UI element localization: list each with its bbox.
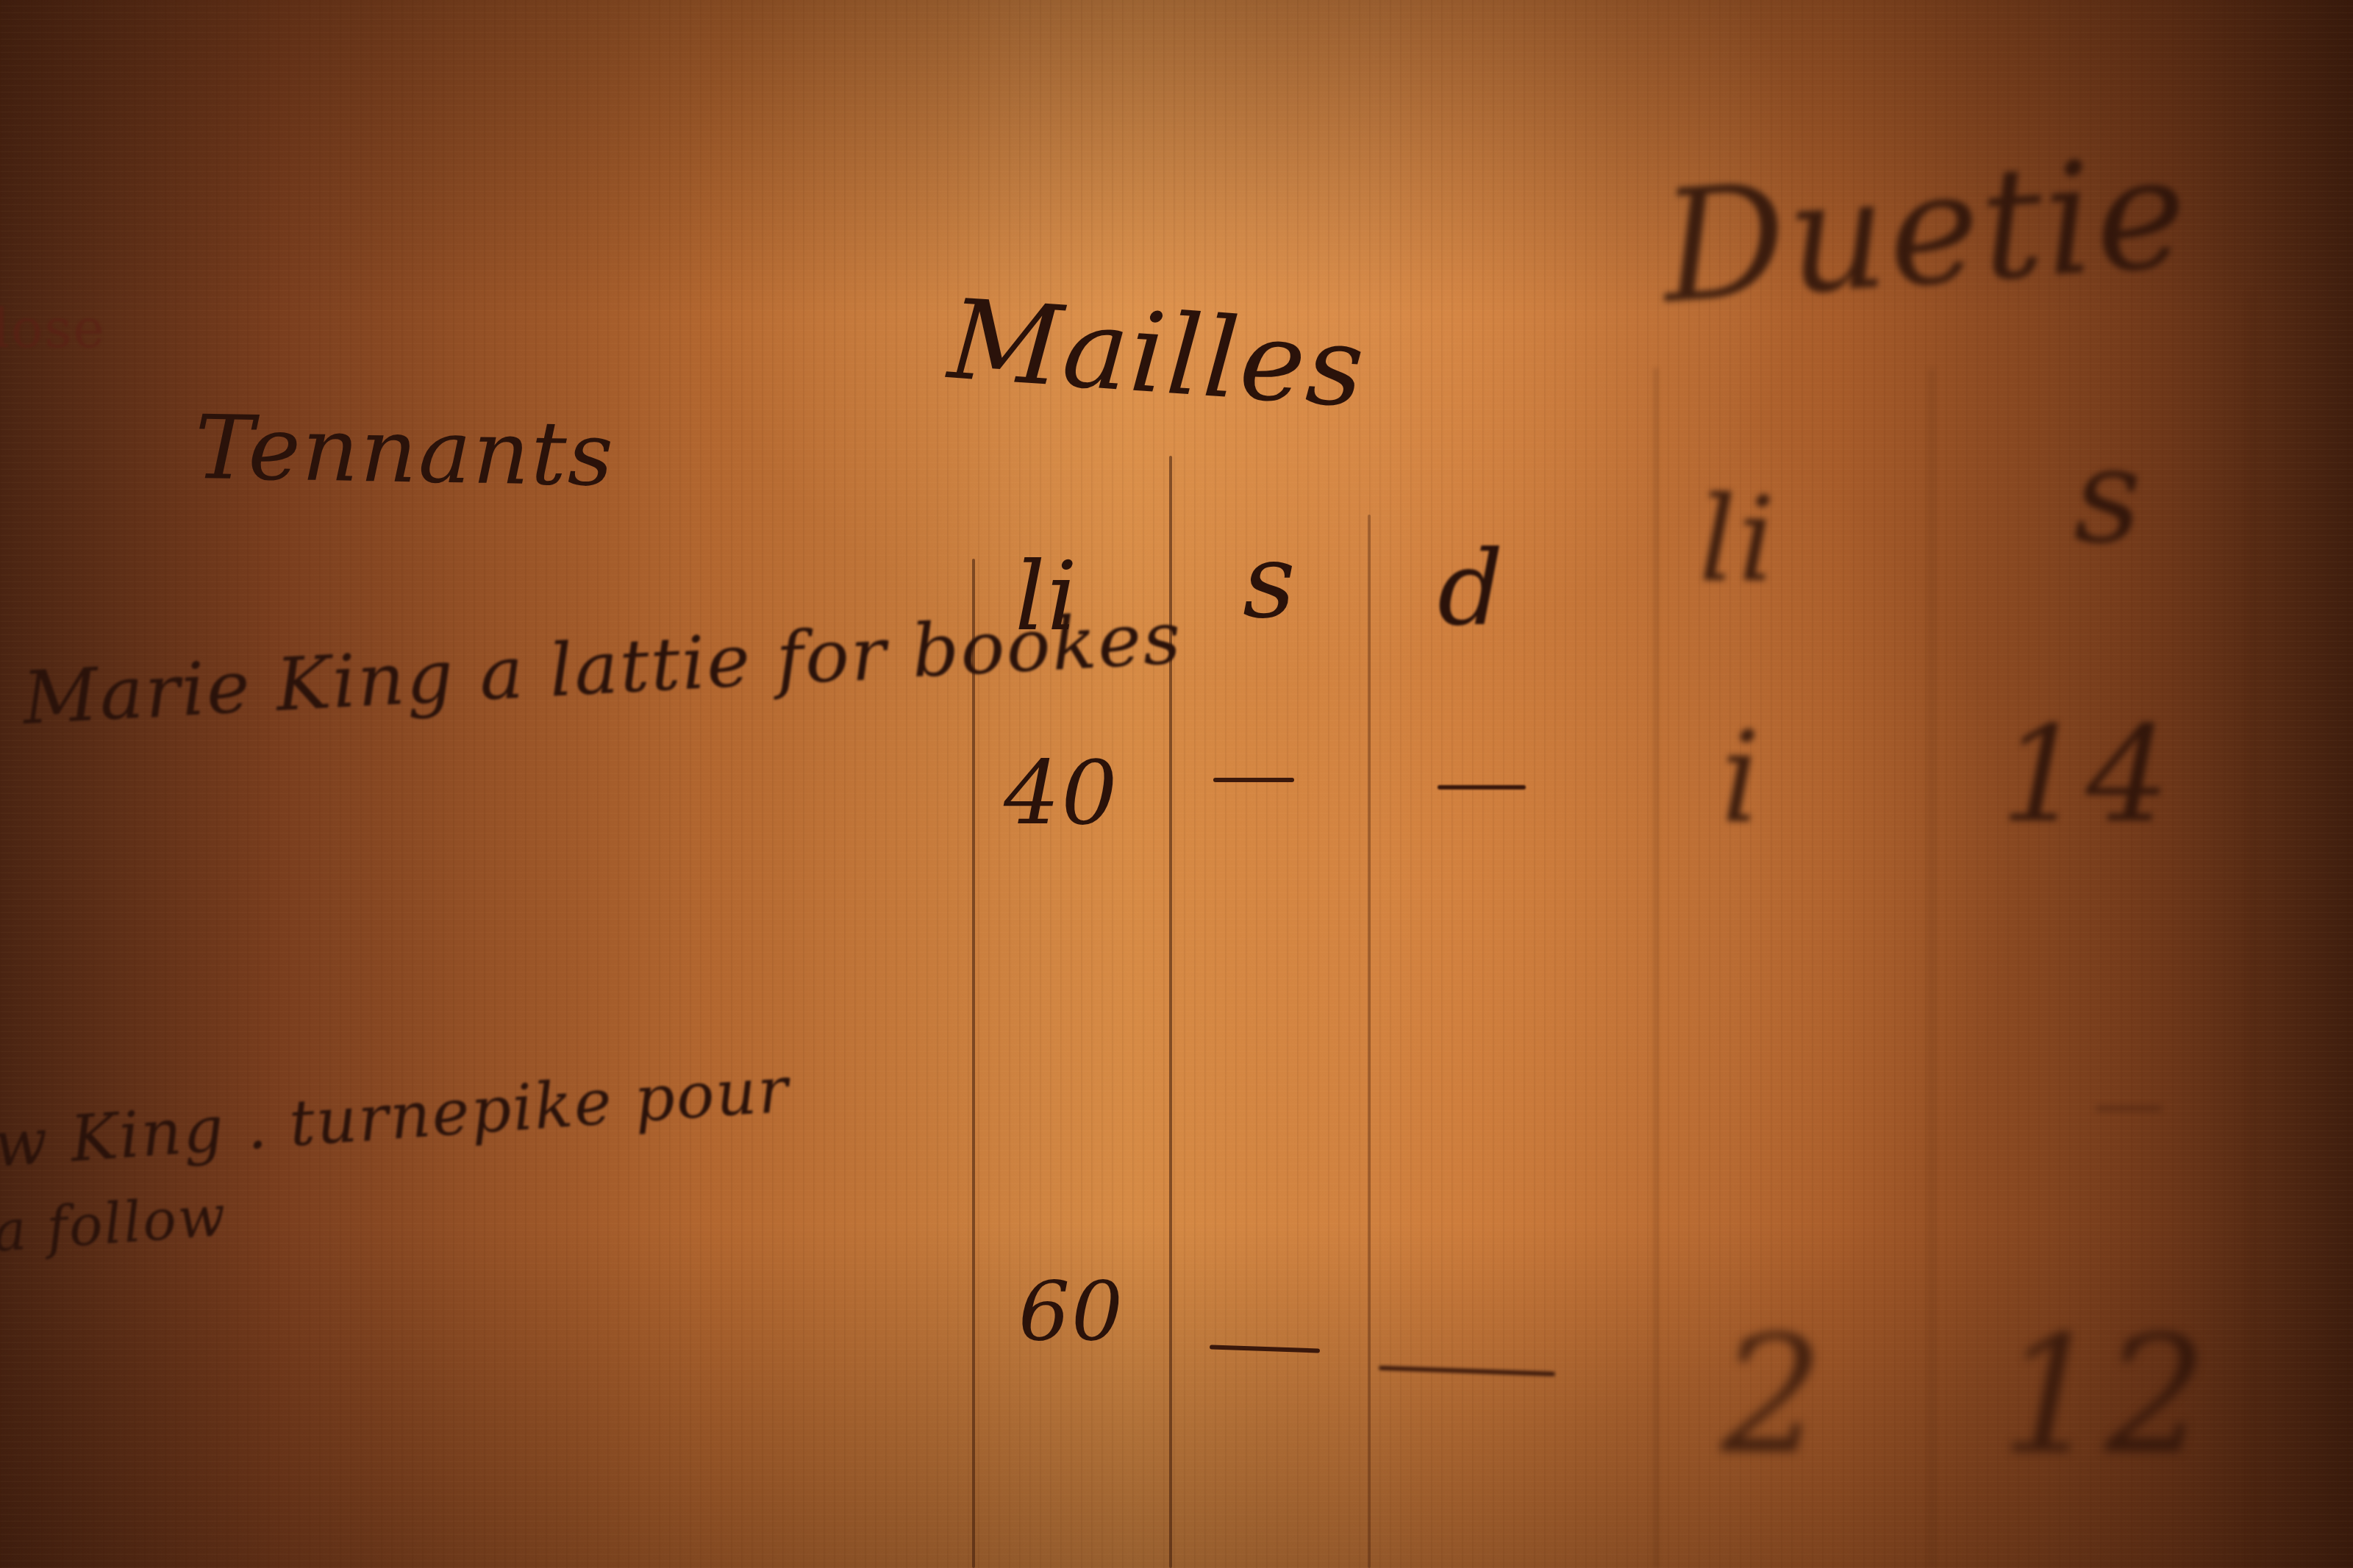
column-rule <box>2250 294 2253 1568</box>
currency-li-2: li <box>1699 470 1777 608</box>
entry-2-dash-s <box>1210 1345 1320 1353</box>
column-rule <box>1368 515 1371 1568</box>
entry-2-value-s-2: 12 <box>2000 1301 2209 1489</box>
entry-1-value-li-2: i <box>1721 706 1762 851</box>
entry-2-text-line2: a follow <box>0 1183 229 1264</box>
margin-fragment: lose <box>0 298 106 359</box>
faint-dash-right <box>2096 1106 2162 1111</box>
heading-mailles: Mailles <box>945 276 1369 432</box>
entry-1-text: Marie King a lattie for bookes <box>21 595 1184 741</box>
currency-s-1: s <box>1243 522 1297 642</box>
column-rule <box>1930 368 1933 1568</box>
entry-1-value-s-2: 14 <box>2000 698 2171 852</box>
entry-2-value-li-2: 2 <box>1721 1301 1825 1489</box>
entry-2-value-li: 60 <box>1018 1264 1124 1358</box>
currency-d-1: d <box>1438 529 1505 649</box>
heading-tennants: Tennants <box>194 397 615 506</box>
column-rule <box>1654 368 1657 1568</box>
currency-s-2: s <box>2074 419 2143 573</box>
entry-1-value-li: 40 <box>1004 742 1119 845</box>
entry-1-dash-d <box>1438 785 1526 790</box>
entry-1-dash-s <box>1213 778 1294 782</box>
entry-2-dash-d <box>1379 1366 1555 1376</box>
entry-2-text-line1: w King . turnepike pour <box>0 1053 792 1181</box>
heading-duetie: Duetie <box>1656 121 2193 337</box>
column-rule <box>972 559 975 1568</box>
